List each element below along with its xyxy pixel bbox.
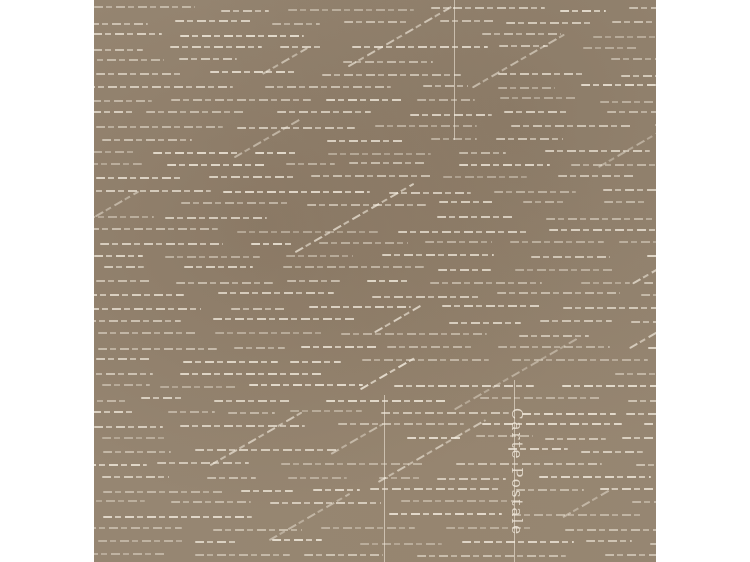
script-stroke — [619, 241, 656, 243]
script-stroke — [360, 543, 442, 545]
script-stroke — [539, 476, 651, 478]
script-stroke — [655, 124, 656, 126]
script-stroke — [141, 397, 183, 399]
script-stroke — [600, 101, 656, 103]
script-stroke — [94, 411, 134, 413]
script-stroke — [286, 163, 335, 165]
script-stroke — [94, 190, 211, 192]
script-stroke — [321, 527, 415, 529]
script-stroke — [629, 321, 656, 349]
script-stroke — [102, 476, 169, 478]
script-stroke — [431, 138, 477, 140]
script-stroke — [410, 114, 492, 116]
script-stroke — [374, 305, 421, 334]
script-stroke — [375, 125, 476, 127]
script-stroke — [102, 384, 150, 386]
script-stroke — [348, 4, 455, 67]
script-stroke — [218, 292, 334, 294]
script-stroke — [631, 321, 656, 323]
script-stroke — [288, 9, 414, 11]
script-stroke — [102, 139, 191, 141]
script-stroke — [103, 516, 252, 518]
script-stroke — [96, 177, 183, 179]
script-stroke — [549, 229, 656, 231]
script-stroke — [94, 191, 138, 218]
script-stroke — [277, 111, 371, 113]
script-stroke — [96, 280, 149, 282]
script-stroke — [540, 320, 612, 322]
script-stroke — [176, 282, 273, 284]
script-stroke — [94, 294, 184, 296]
script-stroke — [644, 282, 656, 284]
script-stroke — [223, 191, 369, 193]
script-stroke — [94, 59, 164, 61]
script-stroke — [482, 33, 561, 35]
script-stroke — [454, 337, 578, 410]
script-stroke — [626, 413, 656, 415]
script-stroke — [504, 111, 567, 113]
script-stroke — [417, 99, 475, 101]
script-stroke — [153, 152, 241, 154]
script-stroke — [94, 255, 143, 257]
script-stroke — [100, 243, 223, 245]
script-stroke — [648, 347, 656, 349]
script-stroke — [456, 463, 602, 465]
script-stroke — [319, 242, 407, 244]
script-stroke — [379, 477, 423, 479]
script-stroke — [283, 266, 424, 268]
script-stroke — [94, 228, 218, 230]
script-stroke — [560, 10, 606, 12]
script-stroke — [381, 412, 510, 414]
script-stroke — [459, 152, 506, 154]
script-stroke — [611, 58, 656, 60]
script-stroke — [237, 127, 355, 129]
script-stroke — [265, 86, 391, 88]
script-stroke — [286, 255, 353, 257]
script-stroke — [563, 307, 656, 309]
script-stroke — [632, 501, 656, 503]
script-stroke — [607, 111, 657, 113]
script-stroke — [98, 348, 217, 350]
script-stroke — [94, 23, 148, 25]
script-stroke — [349, 162, 425, 164]
script-stroke — [241, 490, 293, 492]
script-stroke — [598, 110, 656, 168]
script-stroke — [498, 346, 610, 348]
script-stroke — [165, 217, 267, 219]
script-stroke — [231, 308, 286, 310]
script-stroke — [268, 493, 350, 541]
script-stroke — [195, 449, 339, 451]
script-stroke — [372, 296, 482, 298]
script-stroke — [307, 204, 426, 206]
script-stroke — [210, 71, 296, 73]
script-stroke — [650, 543, 656, 545]
script-stroke — [209, 176, 295, 178]
script-stroke — [545, 150, 651, 152]
script-stroke — [301, 346, 377, 348]
script-stroke — [322, 74, 462, 76]
script-stroke — [98, 332, 198, 334]
script-stroke — [498, 73, 584, 75]
script-stroke — [184, 266, 253, 268]
script-stroke — [440, 20, 495, 22]
script-stroke — [632, 256, 656, 285]
script-stroke — [482, 423, 622, 425]
script-stroke — [389, 513, 502, 515]
script-stroke — [343, 61, 433, 63]
script-stroke — [94, 426, 163, 428]
script-stroke — [459, 164, 550, 166]
script-stroke — [644, 423, 656, 425]
script-stroke — [480, 397, 602, 399]
script-stroke — [180, 35, 304, 37]
script-stroke — [195, 541, 238, 543]
script-stroke — [102, 437, 168, 439]
script-stroke — [439, 201, 494, 203]
script-stroke — [338, 423, 464, 425]
script-stroke — [571, 164, 656, 166]
script-stroke — [157, 462, 250, 464]
script-stroke — [622, 437, 656, 439]
script-stroke — [326, 400, 447, 402]
script-stroke — [94, 100, 152, 102]
script-stroke — [516, 489, 585, 491]
script-stroke — [581, 282, 630, 284]
script-stroke — [341, 333, 487, 335]
script-stroke — [94, 373, 153, 375]
script-stroke — [272, 539, 322, 541]
script-stroke — [214, 400, 293, 402]
script-stroke — [280, 46, 323, 48]
script-stroke — [378, 419, 486, 483]
script-stroke — [180, 425, 305, 427]
script-stroke — [94, 500, 145, 502]
script-stroke — [96, 358, 151, 360]
script-stroke — [94, 553, 165, 555]
script-stroke — [628, 400, 656, 402]
script-stroke — [327, 140, 405, 142]
script-stroke — [94, 49, 143, 51]
script-stroke — [615, 373, 656, 375]
script-stroke — [583, 47, 639, 49]
script-stroke — [94, 320, 181, 322]
script-stroke — [394, 385, 534, 387]
script-stroke — [94, 151, 134, 153]
script-stroke — [98, 540, 185, 542]
script-stroke — [506, 22, 591, 24]
script-stroke — [387, 346, 473, 348]
script-stroke — [146, 111, 245, 113]
script-stroke — [165, 256, 260, 258]
script-stroke — [636, 464, 656, 466]
script-stroke — [562, 385, 656, 387]
script-stroke — [401, 500, 520, 502]
script-stroke — [167, 164, 266, 166]
script-stroke — [221, 10, 270, 12]
script-stroke — [621, 75, 656, 77]
script-stroke — [160, 386, 237, 388]
script-stroke — [104, 266, 145, 268]
script-stroke — [437, 478, 507, 480]
script-stroke — [344, 21, 410, 23]
script-stroke — [181, 202, 289, 204]
script-stroke — [94, 464, 147, 466]
script-stroke — [641, 294, 656, 296]
script-stroke — [234, 347, 285, 349]
script-stroke — [586, 540, 632, 542]
script-stroke — [96, 73, 184, 75]
script-stroke — [179, 58, 237, 60]
script-stroke — [604, 201, 646, 203]
script-stroke — [175, 20, 251, 22]
carte-postale-label: Carte Postale — [508, 408, 526, 536]
script-stroke — [510, 241, 604, 243]
script-stroke — [443, 176, 527, 178]
script-stroke — [512, 514, 644, 516]
script-stroke — [171, 501, 251, 503]
script-stroke — [522, 413, 615, 415]
script-stroke — [515, 269, 614, 271]
script-stroke — [228, 412, 275, 414]
script-stroke — [430, 282, 542, 284]
script-stroke — [94, 308, 201, 310]
script-stroke — [438, 269, 491, 271]
script-stroke — [290, 361, 341, 363]
script-stroke — [425, 241, 492, 243]
script-stroke — [531, 256, 610, 258]
script-stroke — [94, 86, 233, 88]
script-stroke — [103, 491, 224, 493]
script-stroke — [423, 85, 469, 87]
script-stroke — [629, 7, 656, 9]
script-stroke — [558, 175, 633, 177]
script-stroke — [170, 46, 262, 48]
script-stroke — [497, 292, 620, 294]
script-stroke — [612, 21, 656, 23]
script-stroke — [94, 33, 162, 35]
script-stroke — [103, 451, 170, 453]
script-stroke — [367, 280, 407, 282]
script-stroke — [511, 125, 633, 127]
script-stroke — [326, 99, 404, 101]
script-stroke — [496, 138, 563, 140]
script-stroke — [471, 32, 568, 89]
script-stroke — [546, 218, 656, 220]
script-stroke — [512, 359, 649, 361]
script-stroke — [168, 411, 216, 413]
script-stroke — [523, 201, 564, 203]
script-stroke — [94, 111, 135, 113]
script-stroke — [647, 255, 656, 257]
script-stroke — [171, 99, 311, 101]
script-stroke — [498, 87, 555, 89]
script-stroke — [287, 280, 340, 282]
script-stroke — [328, 153, 431, 155]
script-stroke — [370, 488, 501, 490]
script-stroke — [281, 463, 423, 465]
script-stroke — [581, 451, 644, 453]
script-stroke — [195, 554, 290, 556]
script-stroke — [237, 231, 378, 233]
script-stroke — [180, 373, 323, 375]
script-stroke — [94, 6, 195, 8]
script-stroke — [519, 335, 589, 337]
script-stroke — [500, 97, 576, 99]
script-stroke — [603, 189, 656, 191]
script-stroke — [213, 529, 302, 531]
script-stroke — [462, 541, 574, 543]
script-stroke — [309, 306, 411, 308]
script-stroke — [494, 191, 576, 193]
script-stroke — [437, 216, 513, 218]
script-stroke — [398, 231, 529, 233]
script-stroke — [215, 332, 323, 334]
script-stroke — [207, 477, 256, 479]
script-stroke — [272, 23, 321, 25]
script-stroke — [94, 216, 154, 218]
script-stroke — [213, 318, 355, 320]
script-stroke — [94, 400, 128, 402]
script-stroke — [288, 477, 347, 479]
script-stroke — [565, 529, 656, 531]
script-stroke — [545, 438, 606, 440]
script-stroke — [382, 254, 494, 256]
script-stroke — [581, 84, 656, 86]
script-stroke — [311, 175, 431, 177]
script-stroke — [417, 555, 566, 557]
script-stroke — [442, 305, 541, 307]
script-stroke — [183, 361, 277, 363]
script-stroke — [605, 554, 656, 556]
script-stroke — [96, 126, 223, 128]
script-stroke — [249, 384, 362, 386]
script-stroke — [94, 163, 142, 165]
script-stroke — [210, 412, 302, 466]
script-stroke — [449, 322, 521, 324]
script-stroke — [94, 527, 182, 529]
script-paper-texture: Carte Postale — [94, 0, 656, 562]
script-stroke — [362, 359, 489, 361]
script-stroke — [313, 489, 360, 491]
script-stroke — [255, 152, 295, 154]
script-stroke — [593, 36, 656, 38]
script-stroke — [304, 554, 383, 556]
script-stroke — [352, 46, 488, 48]
script-stroke — [270, 502, 380, 504]
script-stroke — [251, 243, 296, 245]
